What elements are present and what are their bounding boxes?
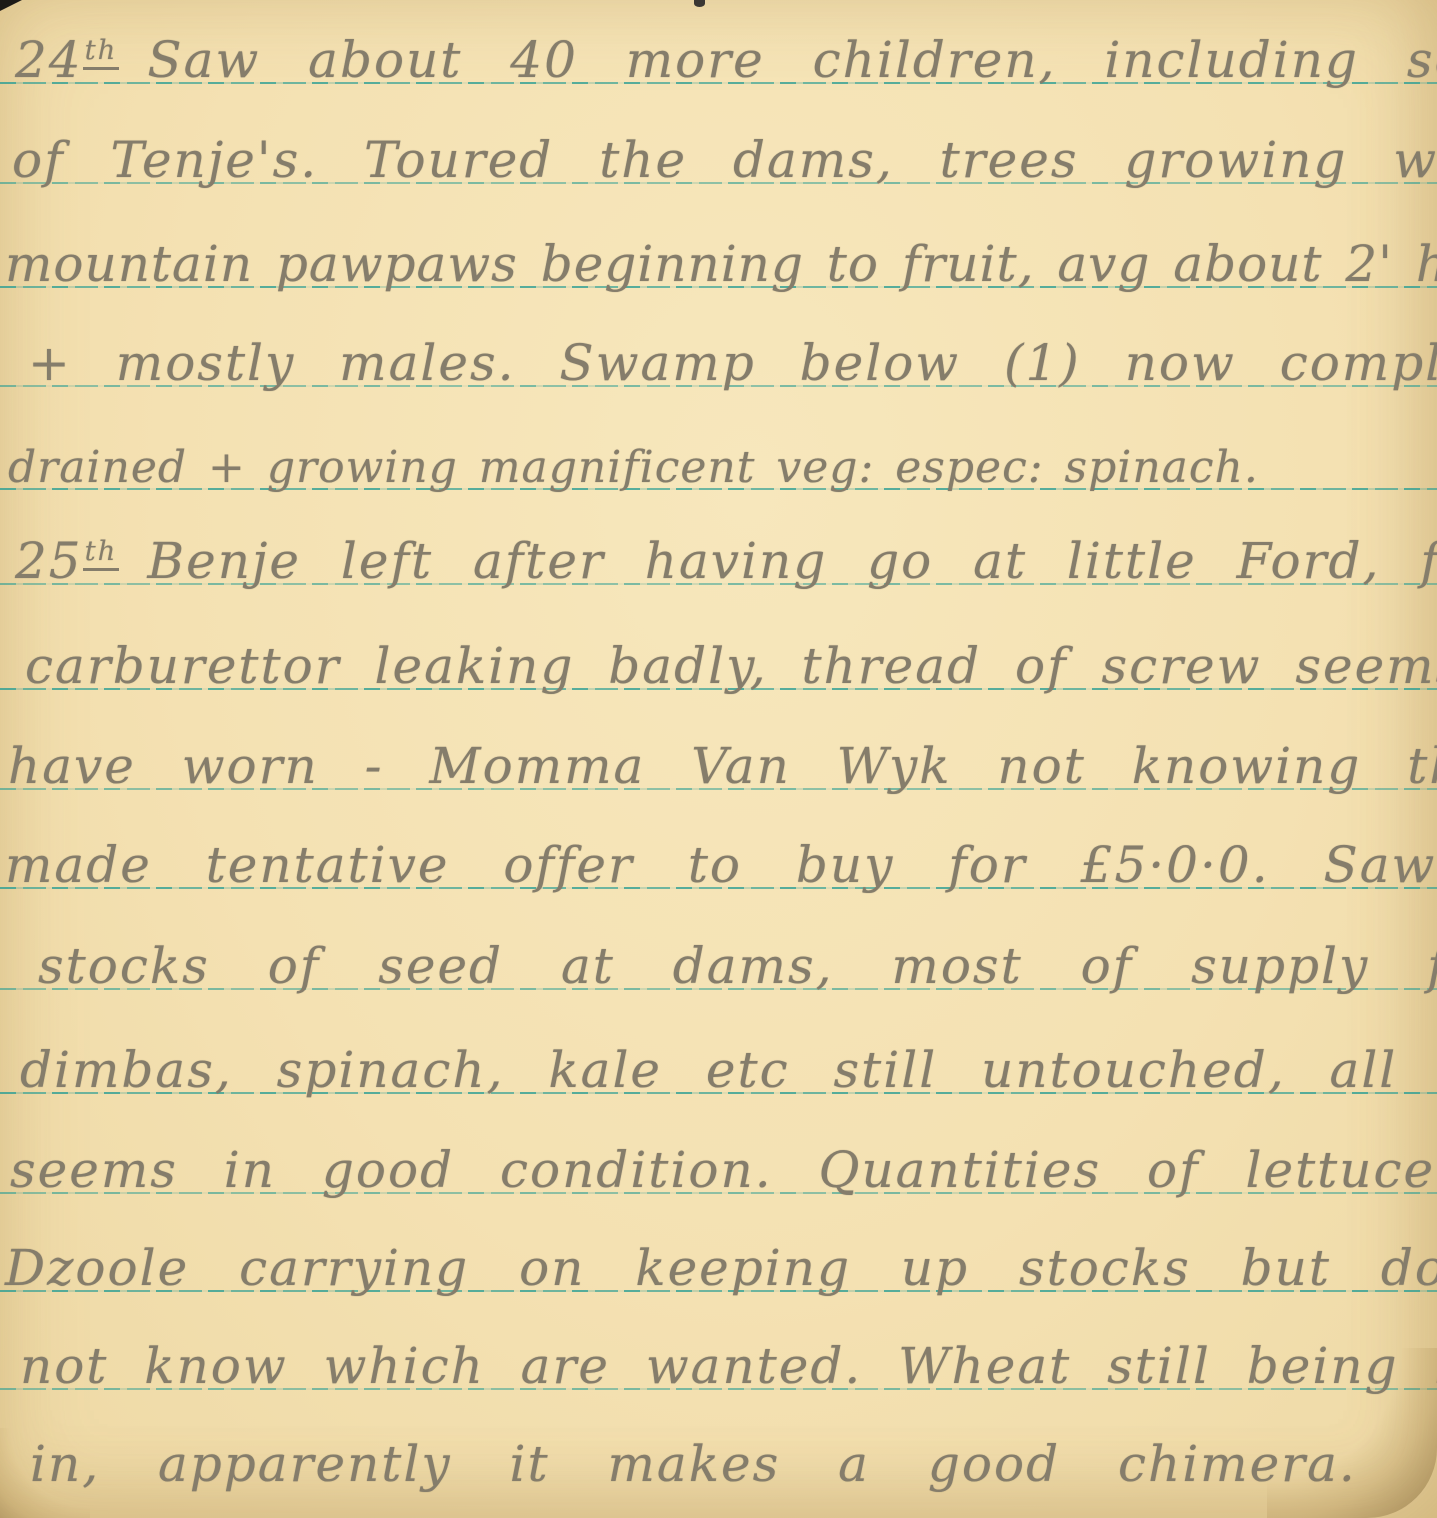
handwritten-line: not know which are wanted. Wheat still b… [20,1336,1437,1396]
line-text: have worn - Momma Van Wyk not knowing th… [8,737,1437,795]
scan-speck [694,0,705,7]
line-text: of Tenje's. Toured the dams, trees growi… [12,131,1437,189]
page-corner-shadow [1267,1348,1437,1518]
date-ordinal: th [83,34,120,70]
handwritten-line: drained + growing magnificent veg: espec… [8,438,1259,498]
handwritten-line: carburettor leaking badly, thread of scr… [25,636,1437,696]
handwritten-line: 25thBenje left after having go at little… [15,531,1437,591]
page-corner-shadow [0,1428,90,1518]
handwritten-line: 24thSaw about 40 more children, includin… [15,30,1437,90]
line-text: Saw about 40 more children, including so… [147,31,1437,89]
handwritten-line: + mostly males. Swamp below (1) now comp… [28,333,1437,393]
line-text: Benje left after having go at little For… [147,532,1437,590]
line-text: in, apparently it makes a good chimera. [30,1435,1357,1493]
line-text: not know which are wanted. Wheat still b… [20,1337,1437,1395]
entry-date: 25th [15,532,119,590]
line-text: + mostly males. Swamp below (1) now comp… [28,334,1437,392]
line-text: seems in good condition. Quantities of l… [10,1141,1435,1199]
line-text: made tentative offer to buy for £5·0·0. … [5,836,1436,894]
scan-edge-mark [0,0,22,11]
date-ordinal: th [83,535,120,571]
line-text: Dzoole carrying on keeping up stocks but… [5,1239,1437,1297]
handwritten-line: mountain pawpaws beginning to fruit, avg… [5,234,1437,294]
line-text: stocks of seed at dams, most of supply f… [38,937,1437,995]
line-text: dimbas, spinach, kale etc still untouche… [20,1041,1397,1099]
notebook-page: 24thSaw about 40 more children, includin… [0,0,1437,1518]
handwritten-line: dimbas, spinach, kale etc still untouche… [20,1040,1397,1100]
handwritten-line: Dzoole carrying on keeping up stocks but… [5,1238,1437,1298]
handwritten-line: made tentative offer to buy for £5·0·0. … [5,835,1436,895]
handwritten-line: seems in good condition. Quantities of l… [10,1140,1435,1200]
handwritten-line: in, apparently it makes a good chimera. [30,1434,1357,1494]
handwritten-line: have worn - Momma Van Wyk not knowing th… [8,736,1437,796]
handwritten-line: of Tenje's. Toured the dams, trees growi… [12,130,1437,190]
line-text: mountain pawpaws beginning to fruit, avg… [5,235,1437,293]
handwritten-line: stocks of seed at dams, most of supply f… [38,936,1437,996]
entry-date: 24th [15,31,119,89]
line-text: drained + growing magnificent veg: espec… [8,442,1259,493]
line-text: carburettor leaking badly, thread of scr… [25,637,1437,695]
